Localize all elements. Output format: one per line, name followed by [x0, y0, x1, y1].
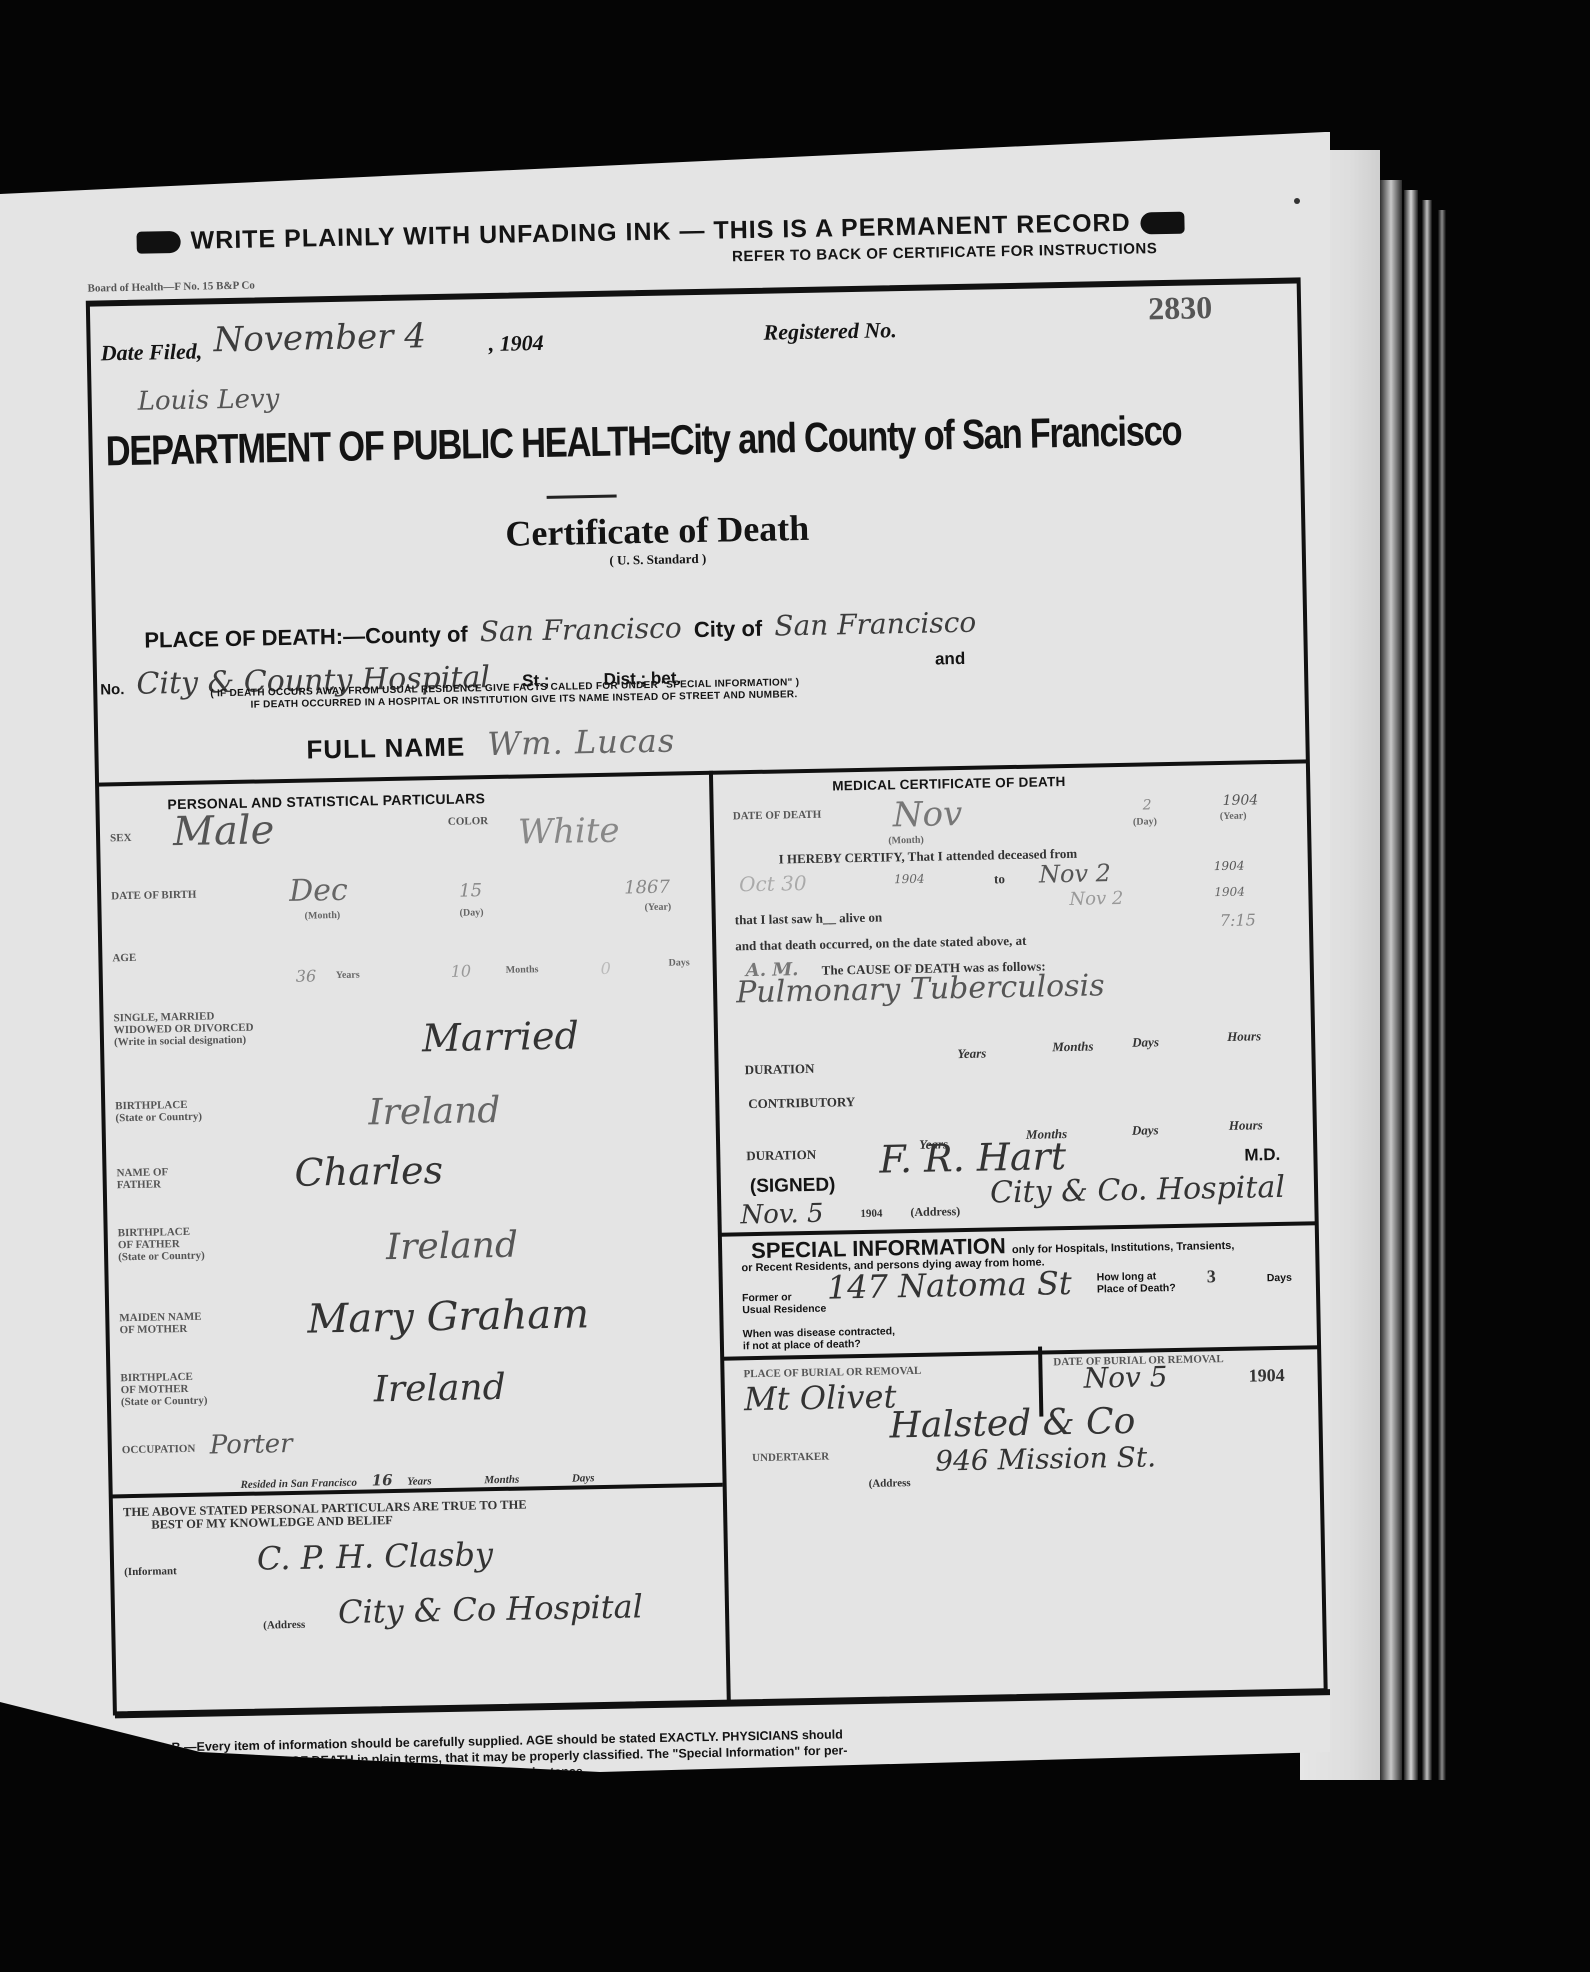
how-long-value: 3 — [1207, 1266, 1216, 1287]
mother-label-line: OF MOTHER — [119, 1323, 201, 1337]
paper-speck — [1294, 198, 1300, 204]
page-edge — [1404, 190, 1418, 1780]
birthplace-label-line: (State or Country) — [115, 1111, 202, 1125]
how-long-unit: Days — [1267, 1272, 1292, 1284]
registrar-signature: Louis Levy — [137, 384, 279, 417]
pointing-hand-icon — [1140, 212, 1184, 235]
father-name-label: NAME OF FATHER — [116, 1166, 168, 1191]
certificate-frame — [86, 277, 1328, 1715]
md-label: M.D. — [1244, 1145, 1280, 1166]
last-seen-year: 1904 — [1214, 885, 1245, 900]
age-label: AGE — [112, 952, 136, 964]
mother-birthplace-label: BIRTHPLACE OF MOTHER (State or Country) — [120, 1371, 207, 1409]
burial-date-value: Nov 5 — [1083, 1360, 1168, 1395]
undertaker-value: Halsted & Co — [889, 1401, 1136, 1447]
physician-address-label: (Address) — [910, 1204, 960, 1220]
footnote-lead: N. B.— — [155, 1740, 196, 1755]
mother-birthplace-value: Ireland — [373, 1367, 506, 1411]
footnote: N. B.—Every item of information should b… — [155, 1719, 1256, 1788]
duration-label: DURATION — [745, 1061, 815, 1078]
father-name-value: Charles — [294, 1148, 443, 1195]
full-name-value: Wm. Lucas — [487, 721, 676, 763]
occupation-label: OCCUPATION — [122, 1443, 196, 1456]
full-name-label: FULL NAME — [306, 732, 465, 765]
age-months: 10 — [451, 961, 472, 980]
duration-hours-caption: Hours — [1227, 1028, 1261, 1045]
informant-address-value: City & Co Hospital — [338, 1587, 644, 1631]
contributory-label: CONTRIBUTORY — [748, 1094, 855, 1112]
mother-name-value: Mary Graham — [307, 1291, 590, 1342]
dod-day-caption: (Day) — [1133, 816, 1157, 827]
undertaker-address-label: (Address — [869, 1477, 911, 1490]
resided-label: Resided in San Francisco — [240, 1477, 357, 1491]
age-years: 36 — [296, 966, 317, 985]
undertaker-label: UNDERTAKER — [752, 1451, 829, 1464]
color-value: White — [518, 811, 620, 853]
dod-label: DATE OF DEATH — [733, 809, 822, 823]
to-label: to — [994, 871, 1005, 887]
informant-value: C. P. H. Clasby — [257, 1535, 494, 1578]
age-days: 0 — [601, 959, 612, 978]
resided-years-value: 16 — [371, 1471, 392, 1489]
birthplace-label: BIRTHPLACE (State or Country) — [115, 1099, 202, 1125]
age-months-caption: Months — [506, 964, 539, 976]
date-filed-label: Date Filed, — [101, 338, 203, 366]
attended-to-year: 1904 — [1214, 859, 1245, 874]
father-birthplace-label: BIRTHPLACE OF FATHER (State or Country) — [118, 1226, 205, 1264]
county-value: San Francisco — [479, 611, 682, 648]
duration2-days-caption: Days — [1132, 1122, 1159, 1139]
resided-years-caption: Years — [407, 1475, 432, 1487]
mother-label-line: MAIDEN NAME — [119, 1311, 201, 1325]
informant-label: (Informant — [124, 1565, 177, 1578]
page-edge — [1438, 210, 1446, 1780]
dob-day: 15 — [459, 880, 482, 901]
attended-to: Nov 2 — [1039, 859, 1111, 888]
month-caption: (Month) — [305, 910, 341, 922]
full-name-row: FULL NAME Wm. Lucas — [306, 721, 675, 766]
dod-month-caption: (Month) — [888, 835, 924, 847]
last-seen-text: that I last saw h__ alive on — [735, 910, 883, 929]
certificate-page: WRITE PLAINLY WITH UNFADING INK — THIS I… — [0, 132, 1330, 1792]
dod-year: 1904 — [1222, 792, 1258, 809]
mother-name-label: MAIDEN NAME OF MOTHER — [119, 1311, 202, 1337]
cause-value: Pulmonary Tuberculosis — [736, 968, 1105, 1010]
dod-year-caption: (Year) — [1220, 811, 1247, 823]
year-caption: (Year) — [644, 902, 671, 914]
page-edge — [1380, 180, 1402, 1780]
marital-value: Married — [422, 1013, 580, 1060]
pointing-hand-icon — [136, 231, 180, 254]
birthplace-value: Ireland — [368, 1090, 501, 1134]
attended-from: Oct 30 — [739, 871, 807, 896]
resided-days-caption: Days — [572, 1472, 595, 1484]
undertaker-address-value: 946 Mission St. — [935, 1440, 1156, 1477]
date-filed-year: , 1904 — [488, 330, 543, 357]
mother-bp-label-line: (State or Country) — [121, 1395, 208, 1409]
dob-label: DATE OF BIRTH — [111, 889, 196, 903]
page-edge — [1422, 200, 1432, 1780]
attended-from-year: 1904 — [894, 872, 925, 887]
dod-month: Nov — [892, 794, 962, 835]
signed-year: 1904 — [860, 1208, 882, 1220]
burial-place-value: Mt Olivet — [744, 1377, 897, 1418]
resided-months-caption: Months — [484, 1474, 519, 1487]
place-of-death-label: PLACE OF DEATH:—County of — [144, 621, 468, 652]
duration2-label: DURATION — [746, 1147, 816, 1164]
marital-label: SINGLE, MARRIED WIDOWED OR DIVORCED (Wri… — [113, 1010, 253, 1049]
certificate-sheet: WRITE PLAINLY WITH UNFADING INK — THIS I… — [0, 119, 1346, 1804]
father-label-line: FATHER — [117, 1178, 169, 1191]
residence-label-line: Usual Residence — [742, 1303, 826, 1317]
duration-months-caption: Months — [1052, 1039, 1094, 1056]
color-label: COLOR — [448, 815, 489, 828]
special-title-suffix: only for Hospitals, Institutions, Transi… — [1012, 1240, 1235, 1256]
sex-label: SEX — [110, 832, 132, 844]
father-bp-label-line: (State or Country) — [118, 1250, 205, 1264]
duration-days-caption: Days — [1132, 1034, 1159, 1051]
sex-value: Male — [173, 807, 275, 855]
death-time-value: 7:15 — [1220, 910, 1256, 930]
duration-years-caption: Years — [957, 1046, 986, 1063]
age-years-caption: Years — [336, 970, 360, 981]
city-label: City of — [694, 616, 763, 642]
burial-year-value: 1904 — [1248, 1365, 1284, 1387]
printer-mark: Board of Health—F No. 15 B&P Co — [87, 279, 255, 294]
registered-label: Registered No. — [763, 317, 897, 346]
signed-date: Nov. 5 — [740, 1199, 824, 1231]
contracted-label: When was disease contracted, if not at p… — [743, 1325, 896, 1352]
how-long-label: How long at Place of Death? — [1097, 1270, 1176, 1296]
registered-number: 2830 — [1148, 289, 1213, 327]
occupation-value: Porter — [209, 1429, 292, 1461]
number-label: No. — [100, 681, 124, 698]
and-label: and — [935, 649, 966, 669]
date-filed-value: November 4 — [213, 316, 426, 360]
residence-label: Former or Usual Residence — [742, 1291, 826, 1317]
dod-day: 2 — [1143, 797, 1152, 813]
informant-address-label: (Address — [263, 1619, 305, 1632]
father-birthplace-value: Ireland — [386, 1225, 519, 1269]
residence-value: 147 Natoma St — [826, 1264, 1072, 1307]
physician-address-value: City & Co. Hospital — [990, 1170, 1285, 1211]
dob-year: 1867 — [624, 877, 670, 899]
father-label-line: NAME OF — [116, 1166, 168, 1179]
how-long-label-line: Place of Death? — [1097, 1282, 1176, 1296]
city-value: San Francisco — [774, 606, 977, 643]
duration2-hours-caption: Hours — [1229, 1117, 1263, 1134]
day-caption: (Day) — [459, 907, 483, 918]
last-seen-value: Nov 2 — [1069, 888, 1123, 910]
age-days-caption: Days — [668, 957, 689, 968]
dob-month: Dec — [289, 873, 348, 909]
signed-label: (SIGNED) — [750, 1174, 836, 1198]
